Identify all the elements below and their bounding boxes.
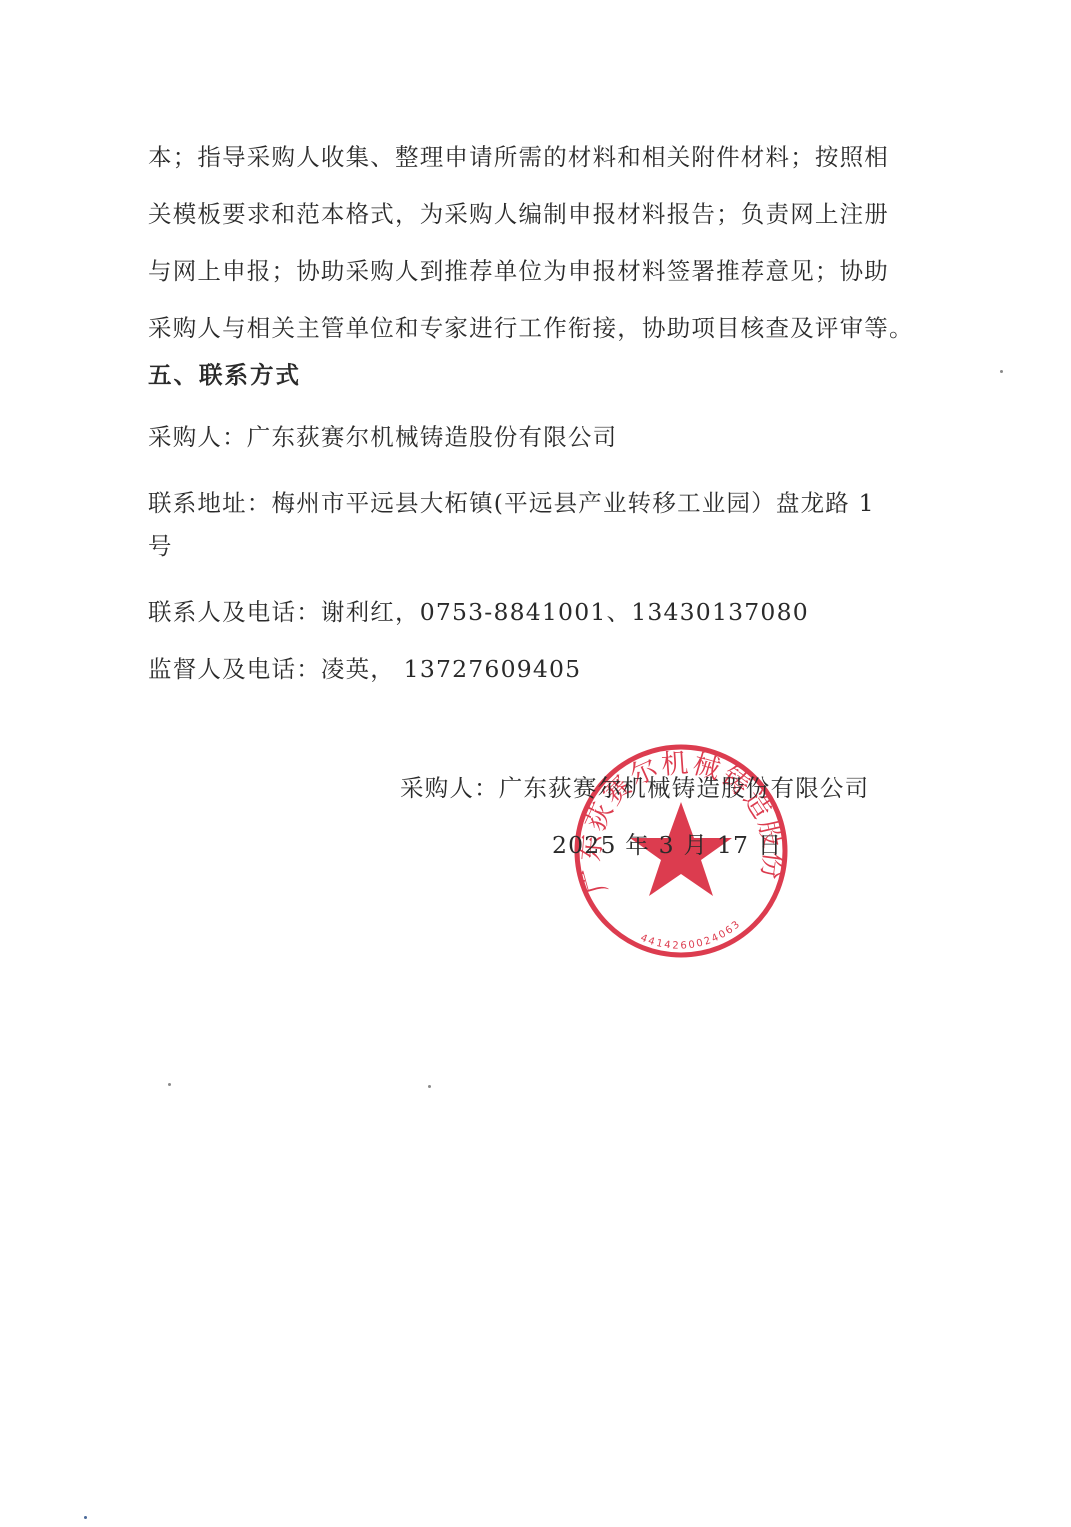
svg-text:4414260024063: 4414260024063 <box>639 918 744 952</box>
signature-purchaser: 采购人：广东荻赛尔机械铸造股份有限公司 <box>400 773 869 803</box>
document-page: 本；指导采购人收集、整理申请所需的材料和相关附件材料；按照相 关模板要求和范本格… <box>0 0 1071 1527</box>
supervisor-line: 监督人及电话：凌英， 13727609405 <box>148 654 581 684</box>
seal-serial: 4414260024063 <box>639 918 744 952</box>
address-line-2: 号 <box>148 531 173 561</box>
paragraph-line-4: 采购人与相关主管单位和专家进行工作衔接，协助项目核查及评审等。 <box>148 313 914 343</box>
scan-speck <box>168 1083 171 1086</box>
address-line-1: 联系地址：梅州市平远县大柘镇(平远县产业转移工业园）盘龙路 1 <box>148 488 875 518</box>
scan-speck <box>1000 370 1003 373</box>
signature-date: 2025 年 3 月 17 日 <box>552 830 783 860</box>
purchaser-line: 采购人：广东荻赛尔机械铸造股份有限公司 <box>148 422 617 452</box>
paragraph-line-3: 与网上申报；协助采购人到推荐单位为申报材料签署推荐意见；协助 <box>148 256 889 286</box>
paragraph-line-1: 本；指导采购人收集、整理申请所需的材料和相关附件材料；按照相 <box>148 142 889 172</box>
scan-speck <box>84 1516 87 1519</box>
contact-person-line: 联系人及电话：谢利红，0753-8841001、13430137080 <box>148 597 809 627</box>
scan-speck <box>428 1085 431 1088</box>
section-heading-contact: 五、联系方式 <box>148 360 301 390</box>
paragraph-line-2: 关模板要求和范本格式，为采购人编制申报材料报告；负责网上注册 <box>148 199 889 229</box>
